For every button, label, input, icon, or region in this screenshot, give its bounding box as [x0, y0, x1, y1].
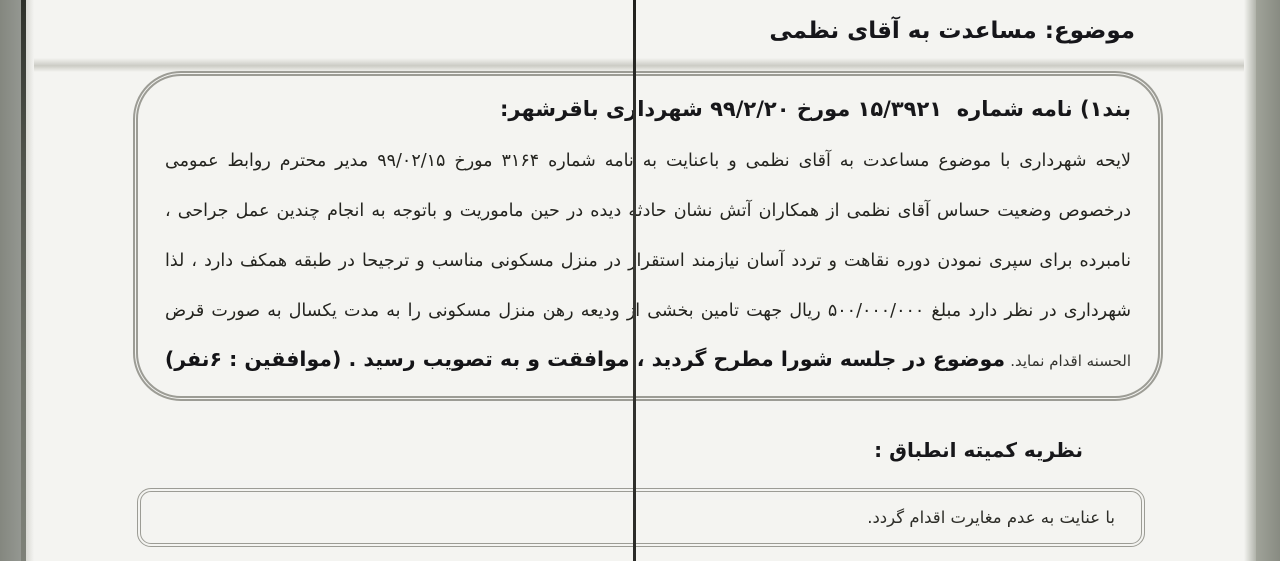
- clause-closing-line: الحسنه اقدام نماید. موضوع در جلسه شورا م…: [165, 336, 1131, 382]
- council-approval-statement: موضوع در جلسه شورا مطرح گردید ، موافقت و…: [165, 347, 1005, 371]
- scanner-left-edge: [0, 0, 21, 561]
- clause-body-line: نامبرده برای سپری نمودن دوره نقاهت و ترد…: [165, 236, 1131, 286]
- compliance-opinion-box: با عنایت به عدم مغایرت اقدام گردد.: [137, 488, 1145, 547]
- compliance-committee-label: نظریه کمیته انطباق :: [874, 438, 1083, 462]
- clause-body-line: لایحه شهرداری با موضوع مساعدت به آقای نظ…: [165, 136, 1131, 186]
- scan-shadow-band: [26, 58, 1250, 72]
- scanned-document-page: موضوع: مساعدت به آقای نظمی بند۱) نامه شم…: [0, 0, 1280, 561]
- clause-box: بند۱) نامه شماره ۱۵/۳۹۲۱ مورخ ۹۹/۲/۲۰ شه…: [133, 71, 1163, 401]
- compliance-opinion-text: با عنایت به عدم مغایرت اقدام گردد.: [867, 508, 1115, 527]
- scanner-right-edge: [1256, 0, 1280, 561]
- subject-title: موضوع: مساعدت به آقای نظمی: [769, 18, 1135, 44]
- clause-heading: بند۱) نامه شماره ۱۵/۳۹۲۱ مورخ ۹۹/۲/۲۰ شه…: [165, 91, 1131, 127]
- page-left-edge-fade: [26, 0, 34, 561]
- book-fold-seam: [633, 0, 636, 561]
- clause-closing-regular-text: الحسنه اقدام نماید.: [1010, 352, 1131, 370]
- page-right-edge-fade: [1244, 0, 1256, 561]
- clause-body-line: شهرداری در نظر دارد مبلغ ۵۰۰/۰۰۰/۰۰۰ ریا…: [165, 286, 1131, 336]
- clause-body: لایحه شهرداری با موضوع مساعدت به آقای نظ…: [165, 136, 1131, 382]
- clause-body-line: درخصوص وضعیت حساس آقای نظمی از همکاران آ…: [165, 186, 1131, 236]
